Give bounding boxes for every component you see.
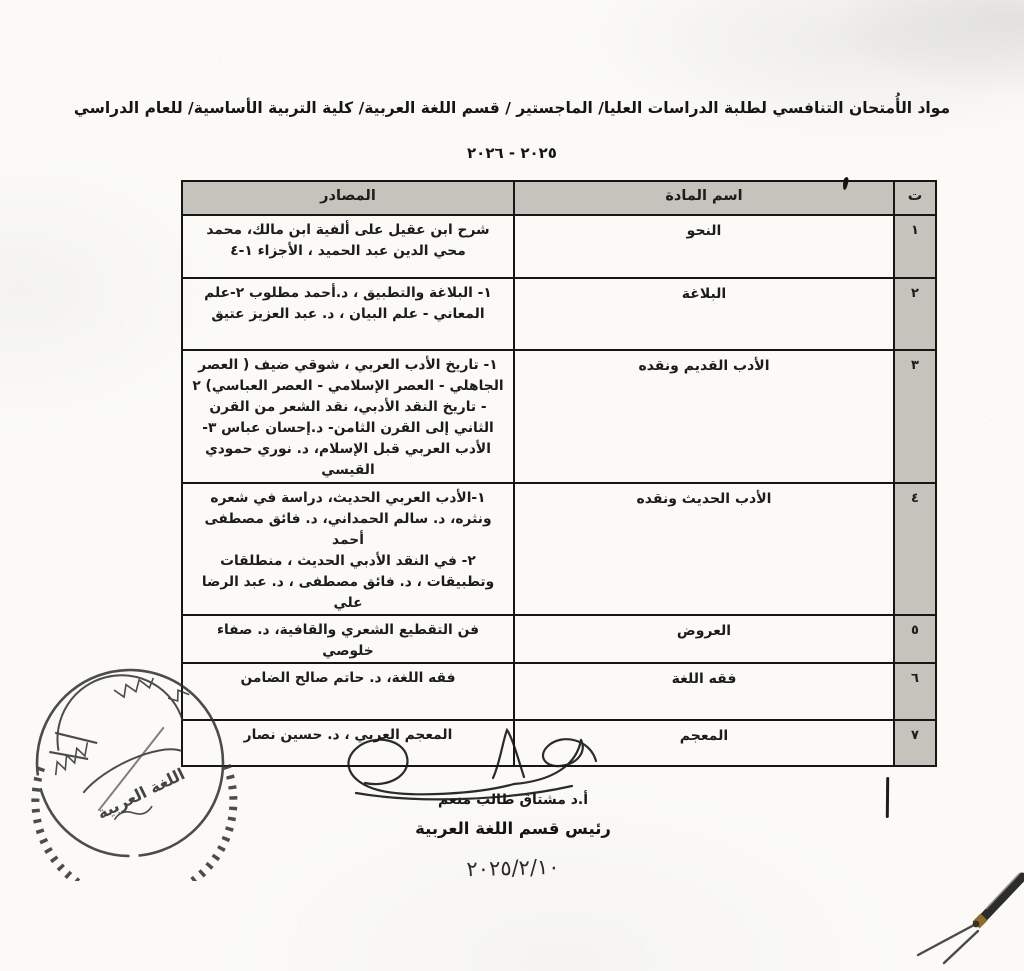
page-title: مواد الأُمتحان التنافسي لطلبة الدراسات ا… [0, 99, 1024, 117]
table-row: ٦فقه اللغةفقه اللغة، د. حاتم صالح الضامن [182, 663, 936, 720]
subject-name-cell: الأدب الحديث ونقده [514, 483, 894, 615]
signer-title: رئيس قسم اللغة العربية [368, 819, 658, 838]
handwritten-date: ٢٠٢٥/٢/١٠ [388, 853, 639, 884]
pen-stroke-artifact [886, 777, 889, 818]
header-number: ت [894, 181, 936, 215]
row-number-cell: ٣ [894, 350, 936, 483]
row-number-cell: ٦ [894, 663, 936, 720]
header-subject-name: اسم المادة [514, 181, 894, 215]
scan-noise [0, 0, 1, 1]
exam-materials-table-wrap: ت اسم المادة المصادر ١النحوشرح ابن عقيل … [181, 180, 937, 767]
subject-name-cell: النحو [514, 215, 894, 278]
subject-name-cell: فقه اللغة [514, 663, 894, 720]
table-row: ٥العروضفن التقطيع الشعري والقافية، د. صف… [182, 615, 936, 663]
row-number-cell: ١ [894, 215, 936, 278]
sources-cell: شرح ابن عقيل على ألفية ابن مالك، محمد مح… [182, 215, 514, 278]
table-body: ١النحوشرح ابن عقيل على ألفية ابن مالك، م… [182, 215, 936, 766]
table-header-row: ت اسم المادة المصادر [182, 181, 936, 215]
sources-cell: ١- تاريخ الأدب العربي ، شوقي ضيف ( العصر… [182, 350, 514, 483]
header-sources: المصادر [182, 181, 514, 215]
row-number-cell: ٢ [894, 278, 936, 350]
subject-name-cell: العروض [514, 615, 894, 663]
subject-name-cell: الأدب القديم ونقده [514, 350, 894, 483]
row-number-cell: ٤ [894, 483, 936, 615]
academic-years: ٢٠٢٥ - ٢٠٢٦ [0, 144, 1024, 162]
table-row: ٤الأدب الحديث ونقده١-الأدب العربي الحديث… [182, 483, 936, 615]
department-stamp: اللغة العربية [12, 645, 248, 881]
subject-name-cell: البلاغة [514, 278, 894, 350]
table-row: ١النحوشرح ابن عقيل على ألفية ابن مالك، م… [182, 215, 936, 278]
table-row: ٢البلاغة١- البلاغة والتطبيق ، د.أحمد مطل… [182, 278, 936, 350]
exam-materials-table: ت اسم المادة المصادر ١النحوشرح ابن عقيل … [181, 180, 937, 767]
sources-cell: ١- البلاغة والتطبيق ، د.أحمد مطلوب ٢-علم… [182, 278, 514, 350]
row-number-cell: ٥ [894, 615, 936, 663]
table-row: ٣الأدب القديم ونقده١- تاريخ الأدب العربي… [182, 350, 936, 483]
row-number-cell: ٧ [894, 720, 936, 766]
signature [328, 723, 620, 805]
pen-artifact [888, 863, 1024, 971]
scanned-document-page: مواد الأُمتحان التنافسي لطلبة الدراسات ا… [0, 0, 1024, 971]
sources-cell: ١-الأدب العربي الحديث، دراسة في شعره ونث… [182, 483, 514, 615]
